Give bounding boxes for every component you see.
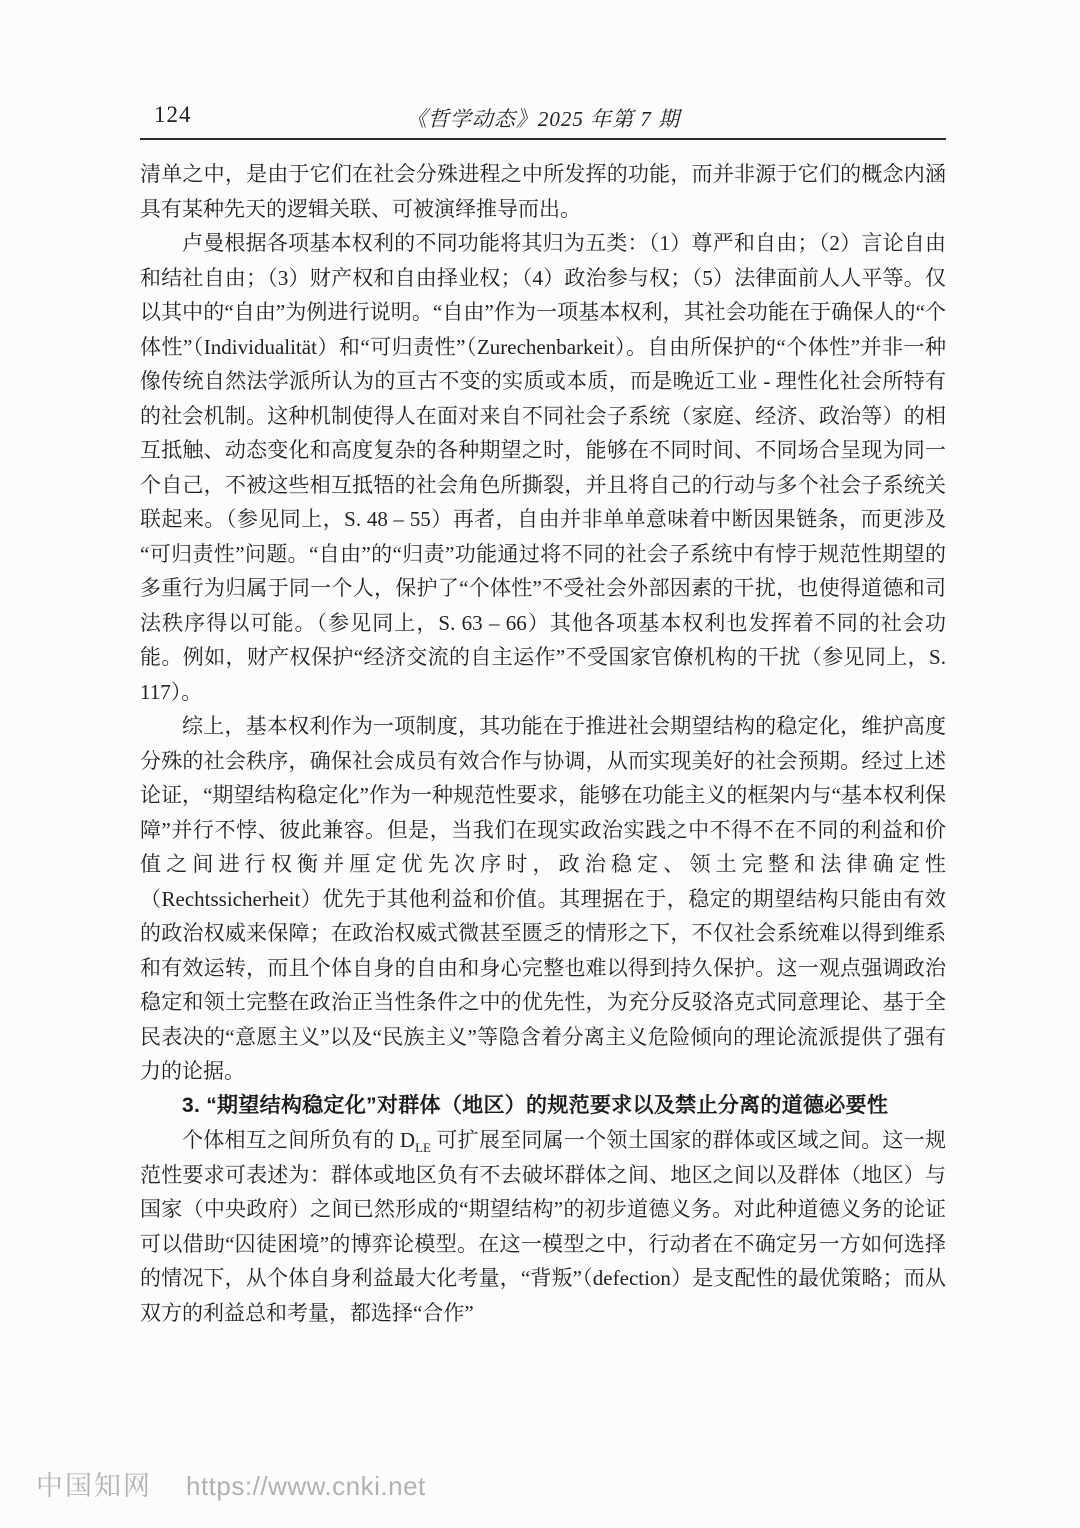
paragraph-text: 卢曼根据各项基本权利的不同功能将其归为五类：（1）尊严和自由；（2）言论自由和结…	[140, 231, 946, 704]
paragraph: 卢曼根据各项基本权利的不同功能将其归为五类：（1）尊严和自由；（2）言论自由和结…	[140, 226, 946, 709]
cnki-brand: 中国知网	[36, 1464, 152, 1503]
page-content: 124 《哲学动态》2025 年第 7 期 清单之中，是由于它们在社会分殊进程之…	[140, 100, 946, 1330]
subscript-text: LE	[415, 1140, 431, 1155]
paragraph-text: 综上，基本权利作为一项制度，其功能在于推进社会期望结构的稳定化，维护高度分殊的社…	[140, 714, 946, 1083]
paragraph: 清单之中，是由于它们在社会分殊进程之中所发挥的功能，而并非源于它们的概念内涵具有…	[140, 157, 946, 226]
paragraph: 个体相互之间所负有的 DLE 可扩展至同属一个领土国家的群体或区域之间。这一规范…	[140, 1123, 946, 1330]
section-heading: 3. “期望结构稳定化”对群体（地区）的规范要求以及禁止分离的道德必要性	[140, 1089, 946, 1124]
journal-title: 《哲学动态》2025 年第 7 期	[140, 100, 946, 133]
paragraph: 综上，基本权利作为一项制度，其功能在于推进社会期望结构的稳定化，维护高度分殊的社…	[140, 709, 946, 1089]
paragraph-text: 可扩展至同属一个领土国家的群体或区域之间。这一规范性要求可表述为：群体或地区负有…	[140, 1128, 946, 1325]
paragraph-text: 3. “期望结构稳定化”对群体（地区）的规范要求以及禁止分离的道德必要性	[182, 1094, 888, 1117]
paragraph-text: 个体相互之间所负有的 D	[182, 1128, 415, 1152]
header-rule	[140, 138, 946, 140]
paragraph-text: 清单之中，是由于它们在社会分殊进程之中所发挥的功能，而并非源于它们的概念内涵具有…	[140, 162, 946, 221]
page-header: 124 《哲学动态》2025 年第 7 期	[140, 100, 946, 132]
page-number: 124	[154, 102, 192, 128]
page-footer: 中国知网 https://www.cnki.net	[36, 1464, 426, 1503]
page-body: 清单之中，是由于它们在社会分殊进程之中所发挥的功能，而并非源于它们的概念内涵具有…	[140, 157, 946, 1330]
cnki-url: https://www.cnki.net	[186, 1471, 426, 1502]
journal-page: 124 《哲学动态》2025 年第 7 期 清单之中，是由于它们在社会分殊进程之…	[0, 0, 1080, 1528]
